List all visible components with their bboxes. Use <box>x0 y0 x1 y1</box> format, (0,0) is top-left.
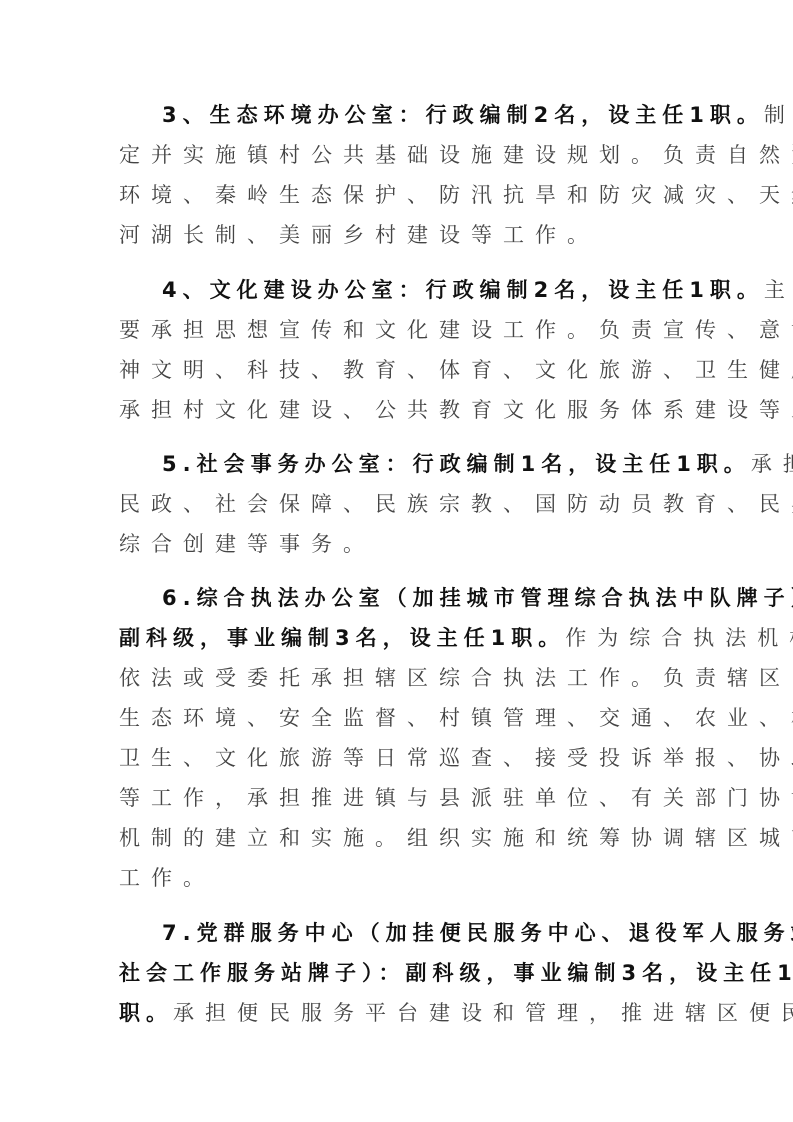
section-4-line-3: 神文明、科技、教育、体育、文化旅游、卫生健康等工作， <box>119 350 699 390</box>
paragraph-text: 生态环境、安全监督、村镇管理、交通、农业、林业、水利、 <box>119 706 793 730</box>
paragraph-text: 河湖长制、美丽乡村建设等工作。 <box>119 223 599 247</box>
section-6-line-5: 卫生、文化旅游等日常巡查、接受投诉举报、协助调查取证 <box>119 738 699 778</box>
document-page: 3、生态环境办公室：行政编制2名，设主任1职。制 定并实施镇村公共基础设施建设规… <box>0 0 793 1122</box>
paragraph-text: 民政、社会保障、民族宗教、国防动员教育、民兵预备役、 <box>119 492 793 516</box>
paragraph-text: 依法或受委托承担辖区综合执法工作。负责辖区内自然资源、 <box>119 666 793 690</box>
section-3-line-4: 河湖长制、美丽乡村建设等工作。 <box>119 215 699 255</box>
section-7-title: 7.党群服务中心（加挂便民服务中心、退役军人服务站、 <box>162 921 793 945</box>
section-3-heading-line: 3、生态环境办公室：行政编制2名，设主任1职。制 <box>162 95 742 135</box>
paragraph-text: 工作。 <box>119 866 215 890</box>
section-6-line-7: 机制的建立和实施。组织实施和统筹协调辖区城市综合管理 <box>119 818 699 858</box>
section-3-title: 3、生态环境办公室：行政编制2名，设主任1职。 <box>162 103 764 127</box>
paragraph-text: 要承担思想宣传和文化建设工作。负责宣传、意识形态、精 <box>119 318 793 342</box>
paragraph-text: 卫生、文化旅游等日常巡查、接受投诉举报、协助调查取证 <box>119 746 793 770</box>
section-4-line-2: 要承担思想宣传和文化建设工作。负责宣传、意识形态、精 <box>119 310 699 350</box>
section-7-line-3: 职。承担便民服务平台建设和管理，推进辖区便民服务网络 <box>119 993 699 1033</box>
section-3-line-3: 环境、秦岭生态保护、防汛抗旱和防灾减灾、天然林保护、 <box>119 175 699 215</box>
section-6-line-8: 工作。 <box>119 858 699 898</box>
section-5-line-3: 综合创建等事务。 <box>119 524 699 564</box>
section-7-title-end: 职。 <box>119 1001 173 1025</box>
section-6-title: 6.综合执法办公室（加挂城市管理综合执法中队牌子）： <box>162 586 793 610</box>
paragraph-text: 综合创建等事务。 <box>119 532 375 556</box>
paragraph-text: 神文明、科技、教育、体育、文化旅游、卫生健康等工作， <box>119 358 793 382</box>
section-5-line-2: 民政、社会保障、民族宗教、国防动员教育、民兵预备役、 <box>119 484 699 524</box>
paragraph-text: 机制的建立和实施。组织实施和统筹协调辖区城市综合管理 <box>119 826 793 850</box>
section-7-heading-line: 7.党群服务中心（加挂便民服务中心、退役军人服务站、 <box>162 913 742 953</box>
paragraph-text: 作为综合执法机构， <box>565 626 793 650</box>
paragraph-text: 承担便民服务平台建设和管理，推进辖区便民服务网络 <box>173 1001 793 1025</box>
section-6-line-2: 副科级，事业编制3名，设主任1职。作为综合执法机构， <box>119 618 699 658</box>
section-5-text: 承担 <box>751 452 793 476</box>
section-5-heading-line: 5.社会事务办公室：行政编制1名，设主任1职。承担 <box>162 444 742 484</box>
section-3-line-2: 定并实施镇村公共基础设施建设规划。负责自然资源、生态 <box>119 135 699 175</box>
paragraph-text: 定并实施镇村公共基础设施建设规划。负责自然资源、生态 <box>119 143 793 167</box>
section-6-line-4: 生态环境、安全监督、村镇管理、交通、农业、林业、水利、 <box>119 698 699 738</box>
section-4-text: 主 <box>764 278 793 302</box>
paragraph-text: 等工作，承担推进镇与县派驻单位、有关部门协调联动执法 <box>119 786 793 810</box>
section-5-title: 5.社会事务办公室：行政编制1名，设主任1职。 <box>162 452 751 476</box>
section-7-line-2: 社会工作服务站牌子）：副科级，事业编制3名，设主任1 <box>119 953 699 993</box>
section-6-line-3: 依法或受委托承担辖区综合执法工作。负责辖区内自然资源、 <box>119 658 699 698</box>
section-6-heading-line: 6.综合执法办公室（加挂城市管理综合执法中队牌子）： <box>162 578 742 618</box>
section-6-title-cont: 副科级，事业编制3名，设主任1职。 <box>119 626 565 650</box>
section-4-heading-line: 4、文化建设办公室：行政编制2名，设主任1职。主 <box>162 270 742 310</box>
paragraph-text: 环境、秦岭生态保护、防汛抗旱和防灾减灾、天然林保护、 <box>119 183 793 207</box>
section-7-title-cont: 社会工作服务站牌子）：副科级，事业编制3名，设主任1 <box>119 961 793 985</box>
paragraph-text: 承担村文化建设、公共教育文化服务体系建设等工作。 <box>119 398 793 422</box>
section-3-text: 制 <box>764 103 793 127</box>
section-4-title: 4、文化建设办公室：行政编制2名，设主任1职。 <box>162 278 764 302</box>
section-6-line-6: 等工作，承担推进镇与县派驻单位、有关部门协调联动执法 <box>119 778 699 818</box>
section-4-line-4: 承担村文化建设、公共教育文化服务体系建设等工作。 <box>119 390 699 430</box>
